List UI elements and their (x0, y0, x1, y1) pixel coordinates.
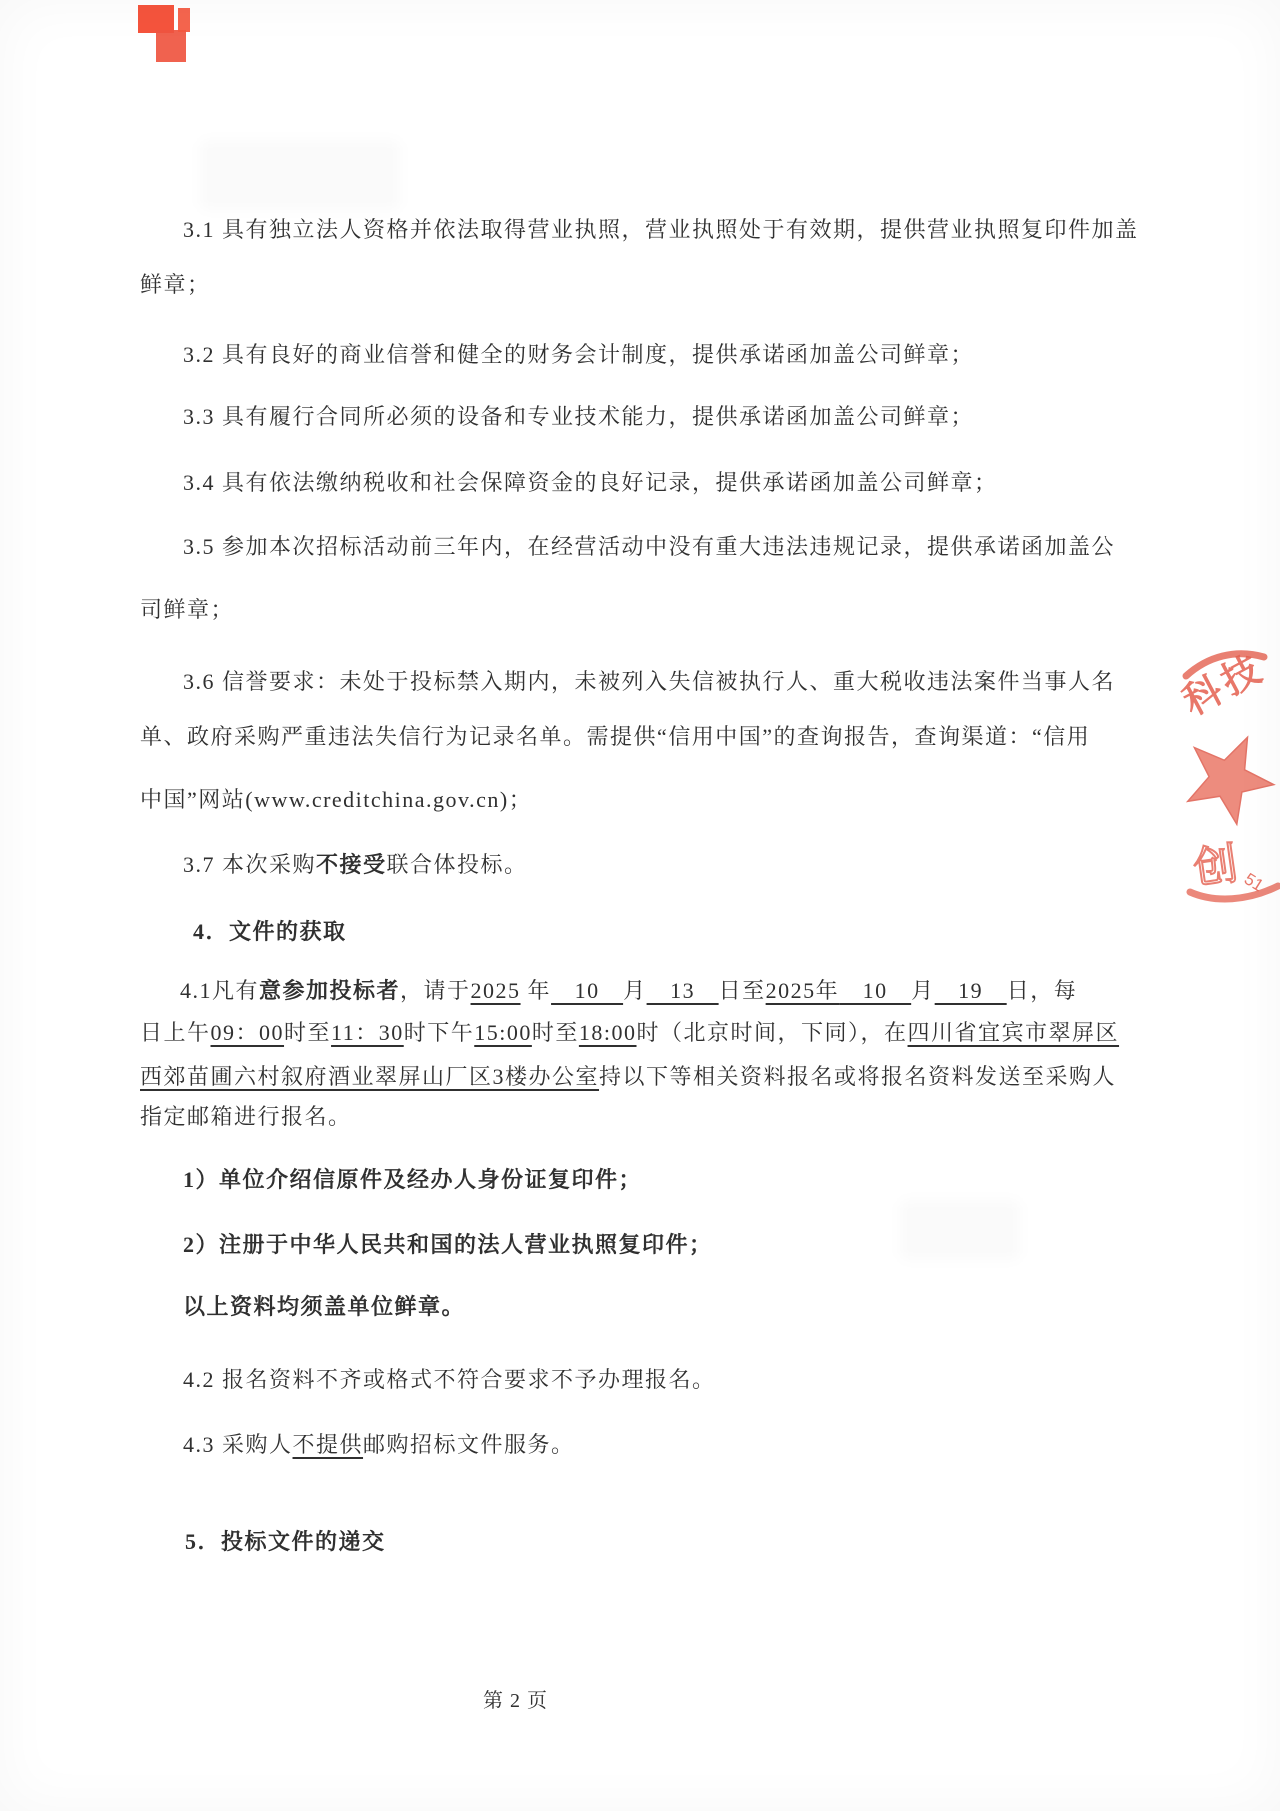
text-segment: 月 (911, 978, 935, 1003)
text-segment-underline: 09：00 (211, 1020, 285, 1045)
text-segment: 日，每 (1007, 978, 1078, 1003)
text-segment: 时下午 (404, 1020, 475, 1045)
text-segment-underline: 10 (839, 978, 911, 1003)
list-item-1: 1）单位介绍信原件及经办人身份证复印件； (183, 1165, 642, 1195)
text-segment-bold: 不接受 (316, 852, 387, 877)
paragraph-3-4: 3.4 具有依法缴纳税收和社会保障资金的良好记录，提供承诺函加盖公司鲜章； (183, 468, 998, 498)
stamp-mark: 创 (1191, 839, 1241, 894)
document-page: 3.1 具有独立法人资格并依法取得营业执照，营业执照处于有效期，提供营业执照复印… (0, 0, 1280, 1811)
text-segment: 联合体投标。 (387, 852, 528, 877)
text-segment-underline: 四川省宜宾市翠屏区 (908, 1020, 1120, 1045)
text-segment: 邮购招标文件服务。 (363, 1432, 575, 1457)
text-segment: 时（北京时间，下同），在 (637, 1020, 908, 1045)
text-segment-underline: 2025年 (766, 978, 840, 1003)
text-segment-underline: 2025 (471, 978, 521, 1003)
stamp-star-icon (1188, 737, 1274, 824)
paragraph-4-1-line4: 指定邮箱进行报名。 (140, 1102, 352, 1132)
text-segment: 3.7 本次采购 (183, 852, 316, 877)
paragraph-3-6-line1: 3.6 信誉要求：未处于投标禁入期内，未被列入失信被执行人、重大税收违法案件当事… (183, 667, 1115, 697)
text-segment: 日至 (719, 978, 766, 1003)
red-mark (156, 30, 186, 62)
text-segment-underline: 18:00 (579, 1020, 637, 1045)
text-segment-bold: 意参加投标者 (259, 978, 400, 1003)
red-mark (178, 8, 190, 32)
section-heading-5: 5．投标文件的递交 (185, 1527, 386, 1557)
paragraph-4-1-line3: 西郊苗圃六村叙府酒业翠屏山厂区3楼办公室持以下等相关资料报名或将报名资料发送至采… (140, 1062, 1116, 1092)
paragraph-3-5-line1: 3.5 参加本次招标活动前三年内，在经营活动中没有重大违法违规记录，提供承诺函加… (183, 532, 1115, 562)
list-note: 以上资料均须盖单位鲜章。 (183, 1292, 465, 1322)
text-segment-underline: 10 (551, 978, 623, 1003)
text-segment: ，请于 (400, 978, 471, 1003)
paragraph-3-1-line2: 鲜章； (140, 270, 211, 300)
text-segment: 月 (623, 978, 647, 1003)
section-heading-4: 4．文件的获取 (193, 917, 347, 947)
scan-noise (200, 140, 400, 210)
list-item-2: 2）注册于中华人民共和国的法人营业执照复印件； (183, 1230, 713, 1260)
red-mark (138, 5, 174, 33)
scan-noise (900, 1200, 1020, 1260)
text-segment: 时至 (532, 1020, 579, 1045)
paragraph-4-1-line2: 日上午09：00时至11：30时下午15:00时至18:00时（北京时间，下同）… (140, 1018, 1119, 1048)
text-segment: 时至 (284, 1020, 331, 1045)
text-segment-underline: 19 (935, 978, 1007, 1003)
text-segment: 4.3 采购人 (183, 1432, 293, 1457)
paragraph-3-2: 3.2 具有良好的商业信誉和健全的财务会计制度，提供承诺函加盖公司鲜章； (183, 340, 974, 370)
paragraph-4-1-line1: 4.1凡有意参加投标者，请于2025 年 10 月 13 日至2025年 10 … (180, 976, 1077, 1006)
paragraph-3-3: 3.3 具有履行合同所必须的设备和专业技术能力，提供承诺函加盖公司鲜章； (183, 402, 974, 432)
text-segment: 持以下等相关资料报名或将报名资料发送至采购人 (599, 1064, 1116, 1089)
text-segment: 4.1凡有 (180, 978, 259, 1003)
paragraph-3-5-line2: 司鲜章； (140, 595, 234, 625)
paragraph-3-6-line3: 中国”网站(www.creditchina.gov.cn)； (140, 785, 532, 815)
paragraph-4-3: 4.3 采购人不提供邮购招标文件服务。 (183, 1430, 575, 1460)
page-footer: 第 2 页 (483, 1686, 548, 1716)
text-segment-underline: 15:00 (474, 1020, 532, 1045)
text-segment-underline: 不提供 (293, 1432, 364, 1457)
paragraph-4-2: 4.2 报名资料不齐或格式不符合要求不予办理报名。 (183, 1365, 716, 1395)
text-segment: 日上午 (140, 1020, 211, 1045)
text-segment-underline: 13 (647, 978, 719, 1003)
paragraph-3-6-line2: 单、政府采购严重违法失信行为记录名单。需提供“信用中国”的查询报告，查询渠道：“… (140, 722, 1090, 752)
text-segment-underline: 11：30 (331, 1020, 404, 1045)
paragraph-3-1-line1: 3.1 具有独立法人资格并依法取得营业执照，营业执照处于有效期，提供营业执照复印… (183, 215, 1139, 245)
company-stamp: 科技 创 51 (1130, 630, 1280, 920)
text-segment-underline: 西郊苗圃六村叙府酒业翠屏山厂区3楼办公室 (140, 1064, 599, 1089)
paragraph-3-7: 3.7 本次采购不接受联合体投标。 (183, 850, 528, 880)
text-segment: 年 (521, 978, 552, 1003)
